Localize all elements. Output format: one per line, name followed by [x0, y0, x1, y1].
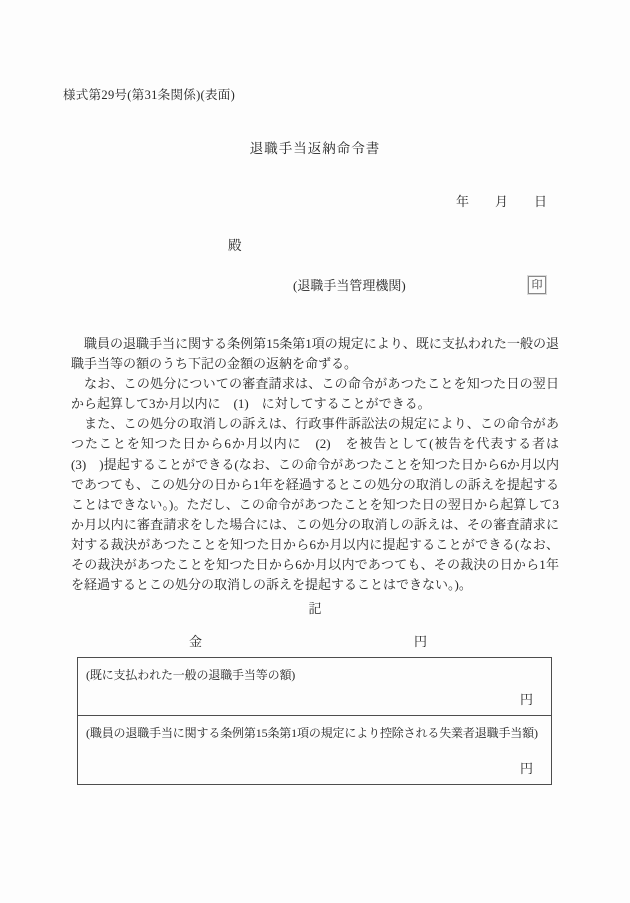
document-page: 様式第29号(第31条関係)(表面) 退職手当返納命令書 年 月 日 殿 (退職… — [0, 0, 630, 903]
body-text: 職員の退職手当に関する条例第15条第1項の規定により、既に支払われた一般の退職手… — [71, 334, 559, 595]
row-unit-yen: 円 — [86, 762, 541, 776]
row-label: (職員の退職手当に関する条例第15条第1項の規定により控除される失業者退職手当額… — [86, 727, 541, 740]
table-row-paid-allowance: (既に支払われた一般の退職手当等の額) 円 — [78, 658, 551, 716]
review-request-paragraph: なお、この処分についての審査請求は、この命令があつたことを知つた日の翌日から起算… — [71, 374, 559, 414]
amount-table: (既に支払われた一般の退職手当等の額) 円 (職員の退職手当に関する条例第15条… — [77, 657, 552, 785]
issuer-label: (退職手当管理機関) — [293, 275, 406, 294]
document-title: 退職手当返納命令書 — [0, 137, 630, 157]
lawsuit-notice-paragraph: また、この処分の取消しの訴えは、行政事件訴訟法の規定により、この命令があつたこと… — [71, 414, 559, 595]
amount-prefix-kin: 金 — [189, 631, 202, 650]
form-number: 様式第29号(第31条関係)(表面) — [63, 85, 235, 103]
row-unit-yen: 円 — [86, 693, 541, 707]
seal-stamp-box: 印 — [528, 276, 546, 294]
row-label: (既に支払われた一般の退職手当等の額) — [86, 669, 541, 682]
order-paragraph: 職員の退職手当に関する条例第15条第1項の規定により、既に支払われた一般の退職手… — [71, 334, 559, 374]
amount-unit-yen: 円 — [414, 631, 427, 650]
table-row-deducted-allowance: (職員の退職手当に関する条例第15条第1項の規定により控除される失業者退職手当額… — [78, 716, 551, 784]
memo-heading-ki: 記 — [0, 598, 630, 617]
addressee-dono: 殿 — [228, 234, 242, 254]
date-line: 年 月 日 — [456, 191, 547, 210]
